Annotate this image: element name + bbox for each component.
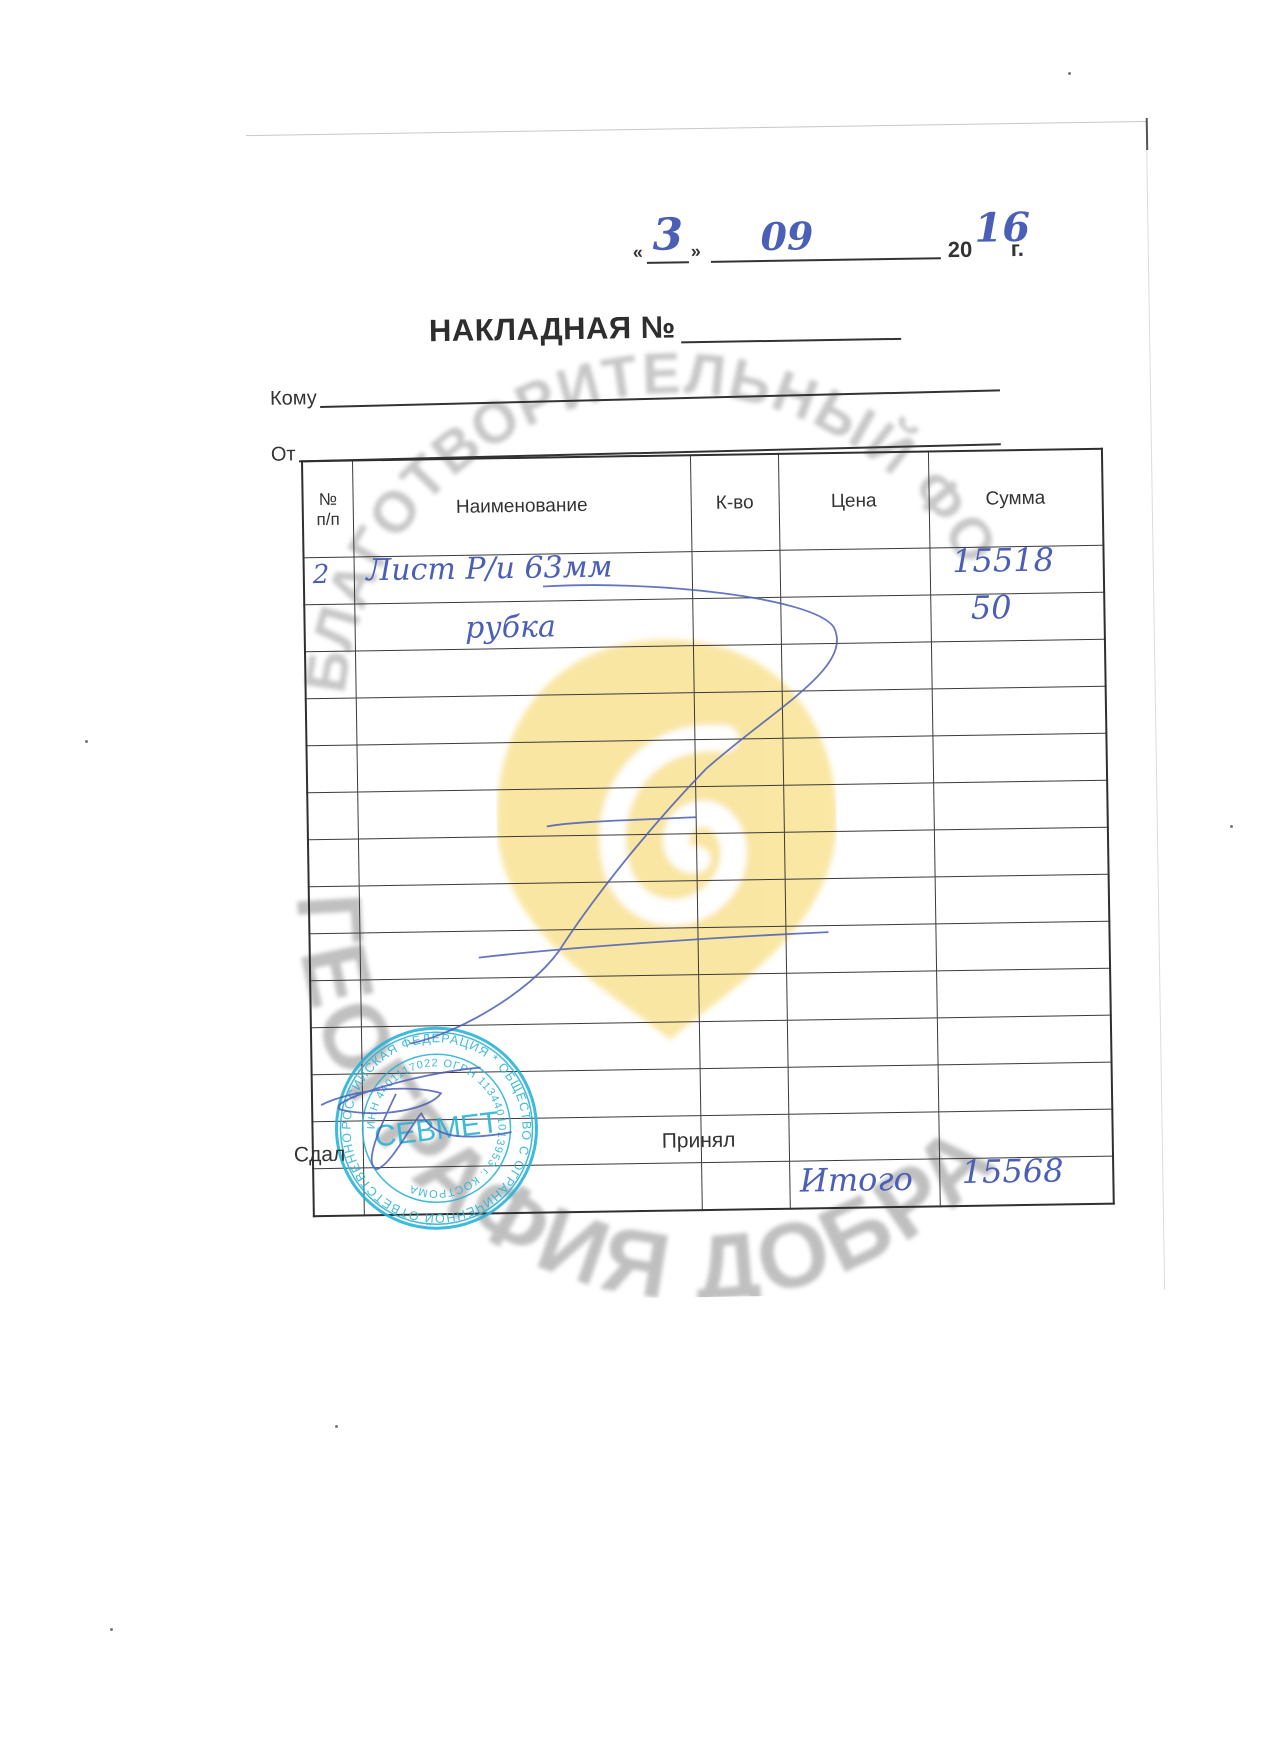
cell-qty[interactable]	[696, 832, 785, 880]
cell-price[interactable]: Итого	[789, 1159, 940, 1209]
scan-speck	[85, 740, 88, 743]
cell-name[interactable]	[356, 740, 695, 792]
company-stamp: РОССИЙСКАЯ ФЕДЕРАЦИЯ * ОБЩЕСТВО С ОГРАНИ…	[330, 1022, 543, 1235]
cell-qty[interactable]	[701, 1161, 790, 1210]
svg-text:СЕВМЕТ: СЕВМЕТ	[373, 1106, 501, 1154]
cell-name[interactable]	[359, 928, 698, 980]
date-field: « 3 » 09 20 16 г.	[632, 205, 1053, 272]
cell-price[interactable]	[784, 830, 935, 879]
cell-sum[interactable]	[931, 639, 1106, 689]
title-text: НАКЛАДНАЯ №	[429, 309, 676, 348]
invoice-paper: БЛАГОТВОРИТЕЛЬНЫЙ ФОНД ГЕОГРАФИЯ ДОБРА «…	[246, 121, 1165, 1304]
handwritten-sum: 50	[971, 588, 1012, 627]
cell-qty[interactable]	[699, 1020, 788, 1068]
cell-qty[interactable]	[692, 597, 781, 645]
handwritten-num: 2	[313, 560, 330, 590]
cell-price[interactable]	[788, 1065, 939, 1114]
cell-sum[interactable]	[938, 1062, 1113, 1112]
cell-num[interactable]	[306, 698, 357, 746]
cell-sum[interactable]	[933, 780, 1108, 830]
handwritten-sum: 15518	[952, 541, 1054, 581]
cell-price[interactable]	[783, 783, 934, 832]
cell-sum[interactable]	[936, 968, 1111, 1018]
cell-qty[interactable]	[698, 973, 787, 1021]
cell-num[interactable]	[307, 792, 358, 840]
cell-sum[interactable]	[934, 827, 1109, 877]
scan-speck	[335, 1425, 338, 1428]
cell-sum[interactable]	[935, 874, 1110, 924]
cell-price[interactable]	[788, 1112, 939, 1161]
received-label: Принял	[662, 1129, 736, 1154]
header-sum: Сумма	[928, 449, 1103, 548]
date-month: 09	[760, 213, 814, 259]
cell-num[interactable]	[304, 604, 355, 652]
cell-num[interactable]	[310, 980, 361, 1028]
cell-sum[interactable]	[935, 921, 1110, 971]
handwritten-name: рубка	[465, 609, 556, 645]
cell-num[interactable]: 2	[304, 557, 355, 605]
cell-name[interactable]	[359, 881, 698, 933]
cell-num[interactable]	[308, 839, 359, 887]
cell-name[interactable]: Лист Р/и 63мм	[354, 552, 693, 604]
date-year-prefix: 20	[948, 237, 973, 263]
cell-name[interactable]	[357, 787, 696, 839]
cell-price[interactable]	[785, 924, 936, 973]
handwritten-name: Лист Р/и 63мм	[366, 549, 613, 588]
cell-price[interactable]	[782, 689, 933, 738]
cell-price[interactable]	[785, 877, 936, 926]
cell-qty[interactable]	[695, 785, 784, 833]
header-num: № п/п	[302, 461, 354, 558]
cell-price[interactable]	[782, 736, 933, 785]
cell-price[interactable]	[781, 642, 932, 691]
cell-qty[interactable]	[693, 644, 782, 692]
date-day: 3	[652, 209, 683, 260]
cell-qty[interactable]	[697, 926, 786, 974]
cell-sum[interactable]	[937, 1015, 1112, 1065]
cell-qty[interactable]	[697, 879, 786, 927]
paper-edge	[1146, 118, 1149, 150]
date-close-quote: »	[691, 241, 701, 262]
cell-num[interactable]	[309, 933, 360, 981]
cell-price[interactable]	[780, 595, 931, 644]
date-open-quote: «	[633, 242, 643, 263]
handwritten-price: Итого	[800, 1160, 914, 1200]
cell-sum[interactable]: 50	[930, 592, 1105, 642]
page-title: НАКЛАДНАЯ №	[429, 309, 676, 349]
cell-price[interactable]	[787, 1018, 938, 1067]
header-qty: К-во	[690, 454, 780, 552]
invoice-number-field[interactable]	[681, 338, 901, 343]
cell-num[interactable]	[309, 886, 360, 934]
cell-name[interactable]	[358, 834, 697, 886]
cell-qty[interactable]	[694, 738, 783, 786]
header-price: Цена	[778, 451, 929, 550]
to-label: Кому	[270, 387, 317, 411]
scan-speck	[1230, 825, 1233, 828]
month-line	[711, 257, 941, 263]
cell-price[interactable]	[779, 548, 930, 597]
scan-speck	[1068, 72, 1071, 75]
header-name: Наименование	[352, 455, 691, 557]
cell-sum[interactable]: 15568	[939, 1156, 1114, 1206]
from-label: От	[271, 443, 296, 466]
cell-name[interactable]	[355, 646, 694, 698]
scan-speck	[110, 1628, 113, 1631]
day-line	[647, 261, 689, 264]
cell-qty[interactable]	[691, 550, 780, 598]
cell-sum[interactable]: 15518	[929, 545, 1104, 595]
cell-qty[interactable]	[700, 1067, 789, 1115]
cell-qty[interactable]	[694, 691, 783, 739]
cell-sum[interactable]	[932, 733, 1107, 783]
cell-name[interactable]	[360, 975, 699, 1027]
date-year-unit: г.	[1011, 236, 1024, 262]
to-field[interactable]	[320, 389, 1000, 408]
cell-name[interactable]: рубка	[354, 599, 693, 651]
cell-name[interactable]	[356, 693, 695, 745]
handwritten-sum: 15568	[961, 1151, 1063, 1191]
cell-num[interactable]	[305, 651, 356, 699]
cell-price[interactable]	[786, 971, 937, 1020]
handed-over-label: Сдал	[294, 1143, 346, 1168]
cell-sum[interactable]	[932, 686, 1107, 736]
cell-num[interactable]	[306, 745, 357, 793]
